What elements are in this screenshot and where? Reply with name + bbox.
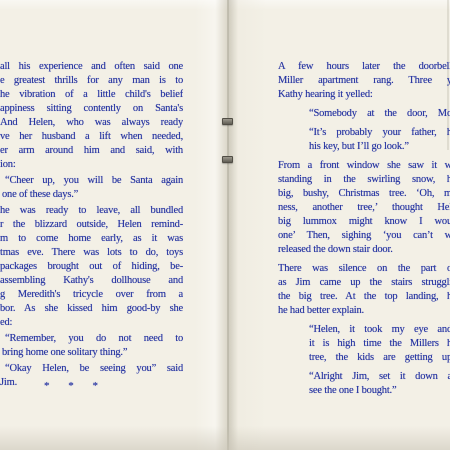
paragraph: From a front window she saw it w standin…: [278, 159, 450, 257]
quote-paragraph: “Somebody at the door, Mo: [278, 107, 450, 121]
quote-paragraph: “Helen, it took my eye and it is high ti…: [278, 323, 450, 365]
text-line: Miller apartment rang. Three y: [278, 74, 450, 88]
paragraph: A few hours later the doorbell Miller ap…: [278, 60, 450, 102]
text-line: as Jim came up the stairs struggli: [278, 276, 450, 290]
text-line: A few hours later the doorbell: [278, 60, 450, 74]
text-line: And Helen, who was always ready: [0, 116, 183, 130]
text-line: one’ Then, sighing ‘you can’t w: [278, 229, 450, 243]
quote-paragraph: “It’s probably your father, h his key, b…: [278, 126, 450, 154]
book-scan: { "colors": { "ink": "#2634a2", "paper":…: [0, 0, 450, 450]
text-line: There was silence on the part o: [278, 262, 450, 276]
text-line: the big tree. At the top landing, h: [278, 290, 450, 304]
staple-icon: [222, 118, 233, 125]
text-line: packages brought out of hiding, be-: [0, 260, 183, 274]
quote-paragraph: “Cheer up, you will be Santa again one o…: [0, 174, 183, 202]
text-line: “Somebody at the door, Mo: [278, 107, 450, 121]
text-line: From a front window she saw it w: [278, 159, 450, 173]
text-line: big lummox might know I wou: [278, 215, 450, 229]
text-line: m to come home early, as it was: [0, 232, 183, 246]
text-line: ion:: [0, 158, 183, 172]
text-line: all his experience and often said one: [0, 60, 183, 74]
text-line: appiness sitting contently on Santa's: [0, 102, 183, 116]
right-page: A few hours later the doorbell Miller ap…: [278, 60, 450, 403]
text-line: ness, another tree,’ thought Hel: [278, 201, 450, 215]
text-line: r the blizzard outside, Helen remind-: [0, 218, 183, 232]
text-line: “Alright Jim, set it down a: [278, 370, 450, 384]
text-line: e greatest thrills for any man is to: [0, 74, 183, 88]
text-line: standing in the swirling snow, h: [278, 173, 450, 187]
text-line: he was ready to leave, all bundled: [0, 204, 183, 218]
text-line: he had better explain.: [278, 304, 450, 318]
text-line: it is high time the Millers h: [278, 337, 450, 351]
text-line: ed:: [0, 316, 183, 330]
text-line: “Cheer up, you will be Santa again: [0, 174, 183, 188]
paper-bottom-shadow: [0, 426, 450, 450]
text-line: see the one I bought.”: [278, 384, 450, 398]
text-line: er arm around him and said, with: [0, 144, 183, 158]
text-line: his key, but I’ll go look.”: [278, 140, 450, 154]
text-line: bring home one solitary thing.”: [0, 346, 183, 360]
page-gutter-shadow: [195, 0, 267, 450]
staple-icon: [222, 156, 233, 163]
text-line: “Remember, you do not need to: [0, 332, 183, 346]
text-line: released the down stair door.: [278, 243, 450, 257]
paragraph: he was ready to leave, all bundled r the…: [0, 204, 183, 330]
text-line: he vibration of a little child's belief: [0, 88, 183, 102]
paragraph: There was silence on the part o as Jim c…: [278, 262, 450, 318]
text-line: bor. As she kissed him good-by she: [0, 302, 183, 316]
left-page: all his experience and often said one e …: [0, 60, 183, 392]
text-line: big, bushy, Christmas tree. ‘Oh, m: [278, 187, 450, 201]
quote-paragraph: “Remember, you do not need to bring home…: [0, 332, 183, 360]
text-line: tmas eve. There was lots to do, toys: [0, 246, 183, 260]
quote-paragraph: “Alright Jim, set it down a see the one …: [278, 370, 450, 398]
text-line: assembling Kathy's dollhouse and: [0, 274, 183, 288]
text-line: “It’s probably your father, h: [278, 126, 450, 140]
paragraph: all his experience and often said one e …: [0, 60, 183, 172]
text-line: “Okay Helen, be seeing you” said: [0, 362, 183, 376]
text-line: one of these days.”: [0, 188, 183, 202]
text-line: Kathy hearing it yelled:: [278, 88, 450, 102]
text-line: tree, the kids are getting up: [278, 351, 450, 365]
section-break-asterisks: * * *: [44, 380, 106, 392]
text-line: g Meredith's tricycle over from a: [0, 288, 183, 302]
page-gutter-line: [227, 0, 229, 450]
text-line: ve her husband a lift when needed,: [0, 130, 183, 144]
text-line: “Helen, it took my eye and: [278, 323, 450, 337]
